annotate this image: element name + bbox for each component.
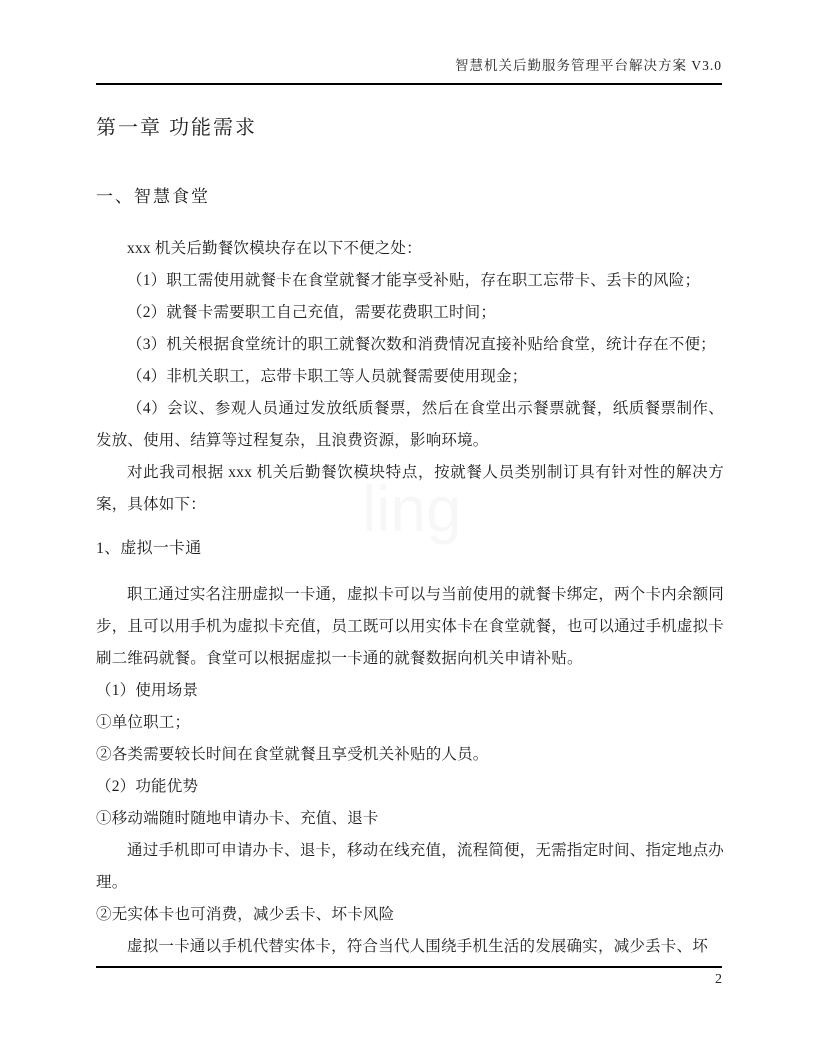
document-content: 第一章 功能需求 一、智慧食堂 xxx 机关后勤餐饮模块存在以下不便之处：（1）… bbox=[96, 0, 724, 963]
list-item-4b: （4）会议、参观人员通过发放纸质餐票，然后在食堂出示餐票就餐，纸质餐票制作、发放… bbox=[96, 393, 724, 457]
page-footer: 2 bbox=[96, 966, 722, 990]
paragraph-solution-intro: 对此我司根据 xxx 机关后勤餐饮模块特点，按就餐人员类别制订具有针对性的解决方… bbox=[96, 457, 724, 521]
chapter-title: 第一章 功能需求 bbox=[96, 115, 724, 141]
advantage-2-title: ②无实体卡也可消费，减少丢卡、坏卡风险 bbox=[96, 899, 724, 931]
list-item-1: （1）职工需使用就餐卡在食堂就餐才能享受补贴，存在职工忘带卡、丢卡的风险； bbox=[96, 265, 724, 297]
list-item-3: （3）机关根据食堂统计的职工就餐次数和消费情况直接补贴给食堂，统计存在不便； bbox=[96, 329, 724, 361]
page-number: 2 bbox=[96, 968, 722, 990]
document-page: ling 智慧机关后勤服务管理平台解决方案 V3.0 第一章 功能需求 一、智慧… bbox=[0, 0, 816, 1056]
document-body: xxx 机关后勤餐饮模块存在以下不便之处：（1）职工需使用就餐卡在食堂就餐才能享… bbox=[96, 233, 724, 963]
paragraph-virtual-card-desc: 职工通过实名注册虚拟一卡通，虚拟卡可以与当前使用的就餐卡绑定，两个卡内余额同步，… bbox=[96, 579, 724, 675]
advantage-1-title: ①移动端随时随地申请办卡、充值、退卡 bbox=[96, 803, 724, 835]
subsection-title-virtual-card: 1、虚拟一卡通 bbox=[96, 533, 724, 565]
list-item-circle-2: ②各类需要较长时间在食堂就餐且享受机关补贴的人员。 bbox=[96, 739, 724, 771]
list-item-circle-1: ①单位职工； bbox=[96, 707, 724, 739]
label-usage-scenario: （1）使用场景 bbox=[96, 675, 724, 707]
advantage-1-desc: 通过手机即可申请办卡、退卡，移动在线充值，流程简便，无需指定时间、指定地点办理。 bbox=[96, 835, 724, 899]
paragraph-intro: xxx 机关后勤餐饮模块存在以下不便之处： bbox=[96, 233, 724, 265]
section-title: 一、智慧食堂 bbox=[96, 186, 724, 208]
list-item-2: （2）就餐卡需要职工自己充值，需要花费职工时间； bbox=[96, 297, 724, 329]
label-function-advantage: （2）功能优势 bbox=[96, 771, 724, 803]
advantage-2-desc: 虚拟一卡通以手机代替实体卡，符合当代人围绕手机生活的发展确实，减少丢卡、坏 bbox=[96, 931, 724, 963]
list-item-4a: （4）非机关职工，忘带卡职工等人员就餐需要使用现金； bbox=[96, 361, 724, 393]
